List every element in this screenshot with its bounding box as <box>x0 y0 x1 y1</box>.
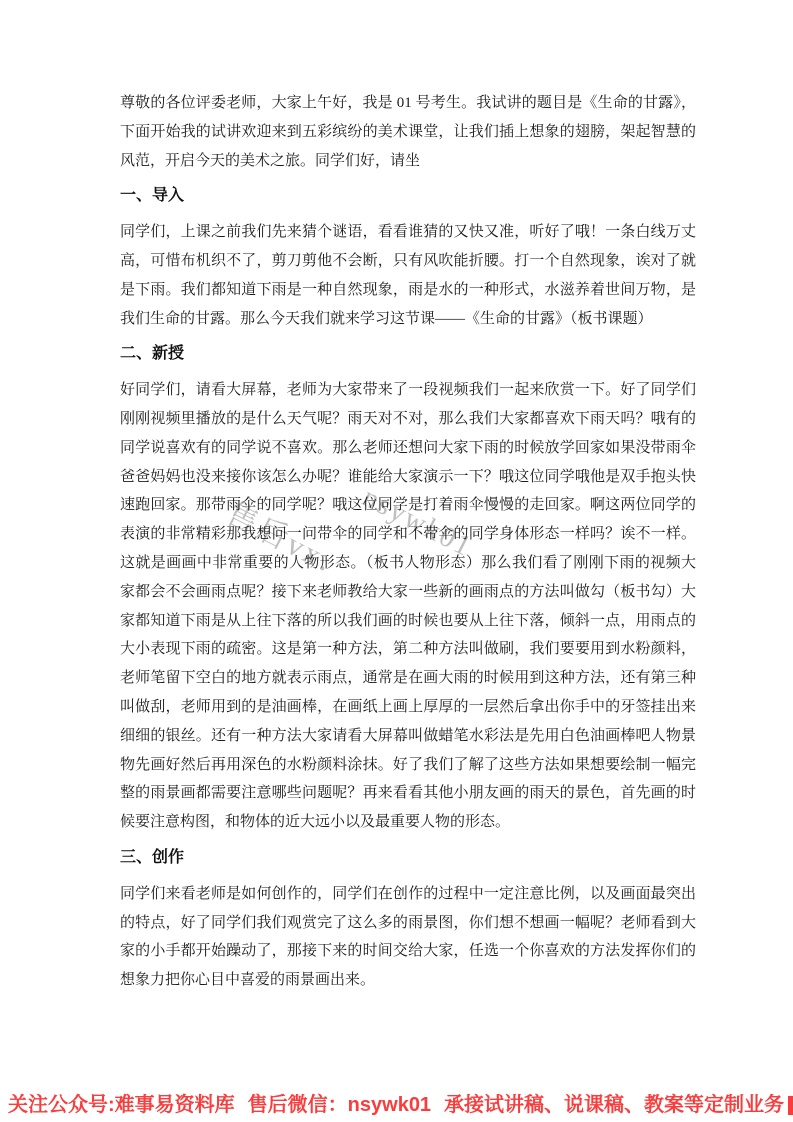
heading-section-1-import: 一、导入 <box>120 182 696 211</box>
footer-edge-mark <box>788 1096 793 1115</box>
heading-section-2-new-teaching: 二、新授 <box>120 340 696 369</box>
footer-service-wechat: 售后微信：nsywk01 <box>248 1088 431 1117</box>
document-body: 尊敬的各位评委老师，大家上午好，我是 01 号考生。我试讲的题目是《生命的甘露》… <box>120 89 696 1002</box>
paragraph-section-1-import: 同学们，上课之前我们先来猜个谜语，看看谁猜的又快又准，听好了哦！一条白线万丈高，… <box>120 218 696 333</box>
footer-services-offered: 承接试讲稿、说课稿、教案等定制业务 <box>444 1088 784 1117</box>
paragraph-section-2-new-teaching: 好同学们，请看大屏幕，老师为大家带来了一段视频我们一起来欣赏一下。好了同学们刚刚… <box>120 376 696 837</box>
heading-section-3-creation: 三、创作 <box>120 844 696 873</box>
paragraph-opening: 尊敬的各位评委老师，大家上午好，我是 01 号考生。我试讲的题目是《生命的甘露》… <box>120 89 696 175</box>
paragraph-section-3-creation: 同学们来看老师是如何创作的，同学们在创作的过程中一定注意比例，以及画面最突出的特… <box>120 880 696 995</box>
footer-public-account: 关注公众号:难事易资料库 <box>8 1088 235 1117</box>
footer-banner: 关注公众号:难事易资料库 售后微信：nsywk01 承接试讲稿、说课稿、教案等定… <box>8 1088 784 1117</box>
document-page: 售后vx． nsywk01 尊敬的各位评委老师，大家上午好，我是 01 号考生。… <box>0 0 793 1122</box>
